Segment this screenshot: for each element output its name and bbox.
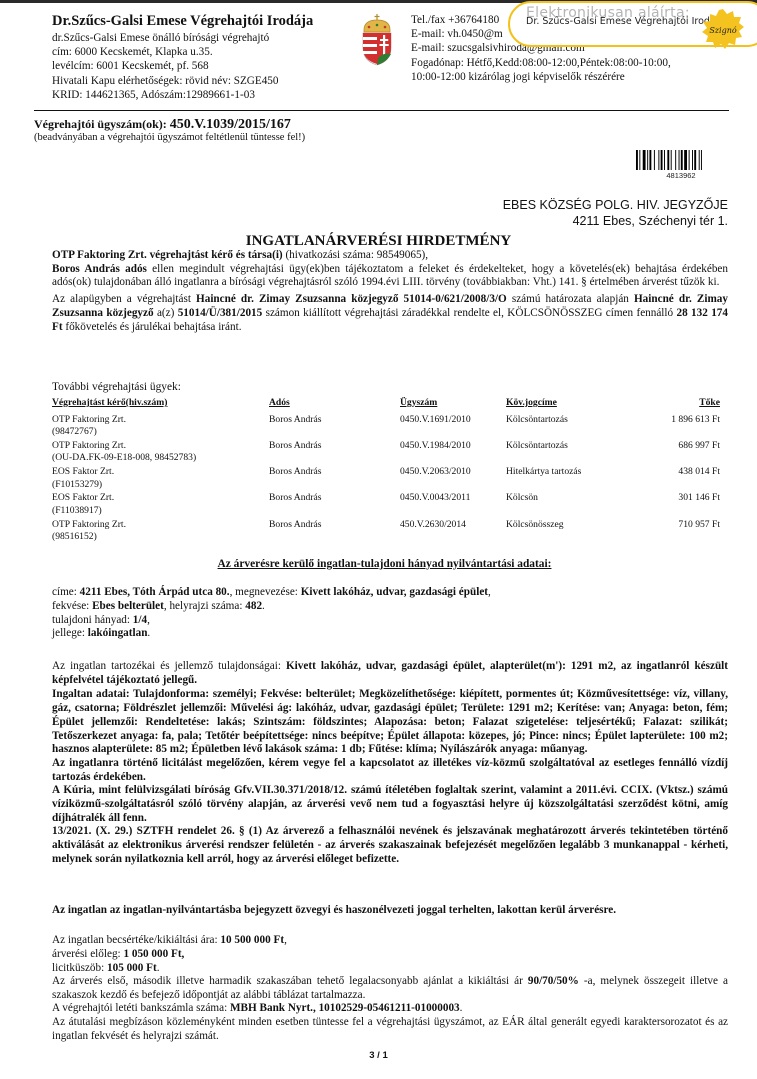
electronic-signature-badge[interactable]: Elektronikusan aláírta: Dr. Szűcs-Galsi … [508,1,757,47]
property-data: címe: 4211 Ebes, Tóth Árpád utca 80., me… [52,586,491,641]
capital-cell: 301 146 Ft [638,492,720,518]
ownership-share: 1/4 [133,614,147,626]
barcode [636,150,726,170]
office-line: cím: 6000 Kecskemét, Klapka u.35. [52,45,352,59]
debtor-cell: Boros András [269,492,400,518]
table-row: OTP Faktoring Zrt.(98472767)Boros András… [52,414,737,440]
addressee-block: EBES KÖZSÉG POLG. HIV. JEGYZŐJE 4211 Ebe… [503,197,728,229]
property-section-title: Az árverésre kerülő ingatlan-tulajdoni h… [0,558,757,570]
case-number: 450.V.1039/2015/167 [170,117,291,132]
capital-cell: 1 896 613 Ft [638,414,720,440]
office-line: Hivatali Kapu elérhetőségek: rövid név: … [52,74,352,88]
barcode-number: 4813962 [636,171,726,180]
case-no-cell: 0450.V.1691/2010 [400,414,506,440]
further-cases-title: További végrehajtási ügyek: [52,381,181,393]
table-row: OTP Faktoring Zrt.(98516152)Boros András… [52,519,737,545]
office-hours-note: 10:00-12:00 kizárólag jogi képviselők ré… [411,70,757,84]
office-line: KRID: 144621365, Adószám:12989661-1-03 [52,88,352,102]
table-row: EOS Faktor Zrt.(F10153279)Boros András04… [52,466,737,492]
debtor-cell: Boros András [269,440,400,466]
addressee-address: 4211 Ebes, Széchenyi tér 1. [503,213,728,229]
addressee-name: EBES KÖZSÉG POLG. HIV. JEGYZŐJE [503,197,728,213]
title-cell: Kölcsönösszeg [506,519,638,545]
capital-cell: 710 957 Ft [638,519,720,545]
debtor-cell: Boros András [269,414,400,440]
office-hours: Fogadónap: Hétfő,Kedd:08:00-12:00,Péntek… [411,56,757,70]
office-name: Dr.Szűcs-Galsi Emese Végrehajtói Irodája [52,13,352,30]
title-cell: Hitelkártya tartozás [506,466,638,492]
header-divider [34,110,729,111]
title-cell: Kölcsöntartozás [506,440,638,466]
case-no-cell: 0450.V.1984/2010 [400,440,506,466]
table-row: OTP Faktoring Zrt.(OU-DA.FK-09-E18-008, … [52,440,737,466]
svg-text:Szignó: Szignó [709,26,737,35]
bid-step: 105 000 Ft [107,962,157,974]
office-line: levélcím: 6001 Kecskemét, pf. 568 [52,59,352,73]
case-number-note: (beadványában a végrehajtói ügyszámot fe… [34,132,305,144]
office-line: dr.Szűcs-Galsi Emese önálló bírósági vég… [52,31,352,45]
debtor-cell: Boros András [269,466,400,492]
creditor-cell: EOS Faktor Zrt.(F11038917) [52,492,269,518]
case-no-cell: 450.V.2630/2014 [400,519,506,545]
bank-account: MBH Bank Nyrt., 10102529-05461211-010000… [230,1002,460,1014]
table-header: Végrehajtást kérő(hiv.szám) Adós Ügyszám… [52,397,737,410]
case-number-block: Végrehajtói ügyszám(ok): 450.V.1039/2015… [34,117,305,144]
starting-price: 10 500 000 Ft [220,934,284,946]
price-block: Az ingatlan becsértéke/kikiáltási ára: 1… [52,934,287,975]
signature-seal-icon: Szignó [702,9,744,51]
hungarian-coat-of-arms-icon [360,14,394,66]
auction-terms: Az árverés első, második illetve harmadi… [52,975,728,1044]
property-details: Az ingatlan tartozékai és jellemző tulaj… [52,660,728,867]
esignature-signer: Dr. Szűcs-Galsi Emese Végrehajtói Irodáj… [526,16,724,27]
further-cases-table: Végrehajtást kérő(hiv.szám) Adós Ügyszám… [52,397,737,545]
case-number-label: Végrehajtói ügyszám(ok): [34,117,167,131]
creditor-cell: EOS Faktor Zrt.(F10153279) [52,466,269,492]
transfer-notice: Az átutalási megbízáson közleményként mi… [52,1016,728,1043]
page-number: 3 / 1 [0,1050,757,1061]
stage-percentages: 90/70/50% [528,975,579,987]
kuria-notice: A Kúria, mint felülvizsgálati bíróság Gf… [52,784,728,823]
water-notice: Az ingatlanra történő licitálást megelőz… [52,757,728,783]
intro-paragraph: OTP Faktoring Zrt. végrehajtást kérő és … [52,249,728,334]
document-title: INGATLANÁRVERÉSI HIRDETMÉNY [0,233,757,250]
title-cell: Kölcsöntartozás [506,414,638,440]
creditor-cell: OTP Faktoring Zrt.(OU-DA.FK-09-E18-008, … [52,440,269,466]
office-header: Dr.Szűcs-Galsi Emese Végrehajtói Irodája… [52,13,352,102]
creditor: OTP Faktoring Zrt. végrehajtást kérő és … [52,249,283,261]
debtor-cell: Boros András [269,519,400,545]
case-no-cell: 0450.V.0043/2011 [400,492,506,518]
title-cell: Kölcsön [506,492,638,518]
case-no-cell: 0450.V.2063/2010 [400,466,506,492]
table-row: EOS Faktor Zrt.(F11038917)Boros András04… [52,492,737,518]
capital-cell: 438 014 Ft [638,466,720,492]
property-address: 4211 Ebes, Tóth Árpád utca 80. [80,586,230,598]
creditor-cell: OTP Faktoring Zrt.(98516152) [52,519,269,545]
encumbrance-notice: Az ingatlan az ingatlan-nyilvántartásba … [52,904,728,918]
property-characteristics: Ingaltan adatai: Tulajdonforma: személyi… [52,688,728,755]
lot-number: 482 [245,600,262,612]
decree-notice: 13/2021. (X. 29.) SZTFH rendelet 26. § (… [52,825,728,864]
capital-cell: 686 997 Ft [638,440,720,466]
creditor-cell: OTP Faktoring Zrt.(98472767) [52,414,269,440]
debtor: Boros András adós [52,263,147,275]
auction-deposit: 1 050 000 Ft, [123,948,184,960]
